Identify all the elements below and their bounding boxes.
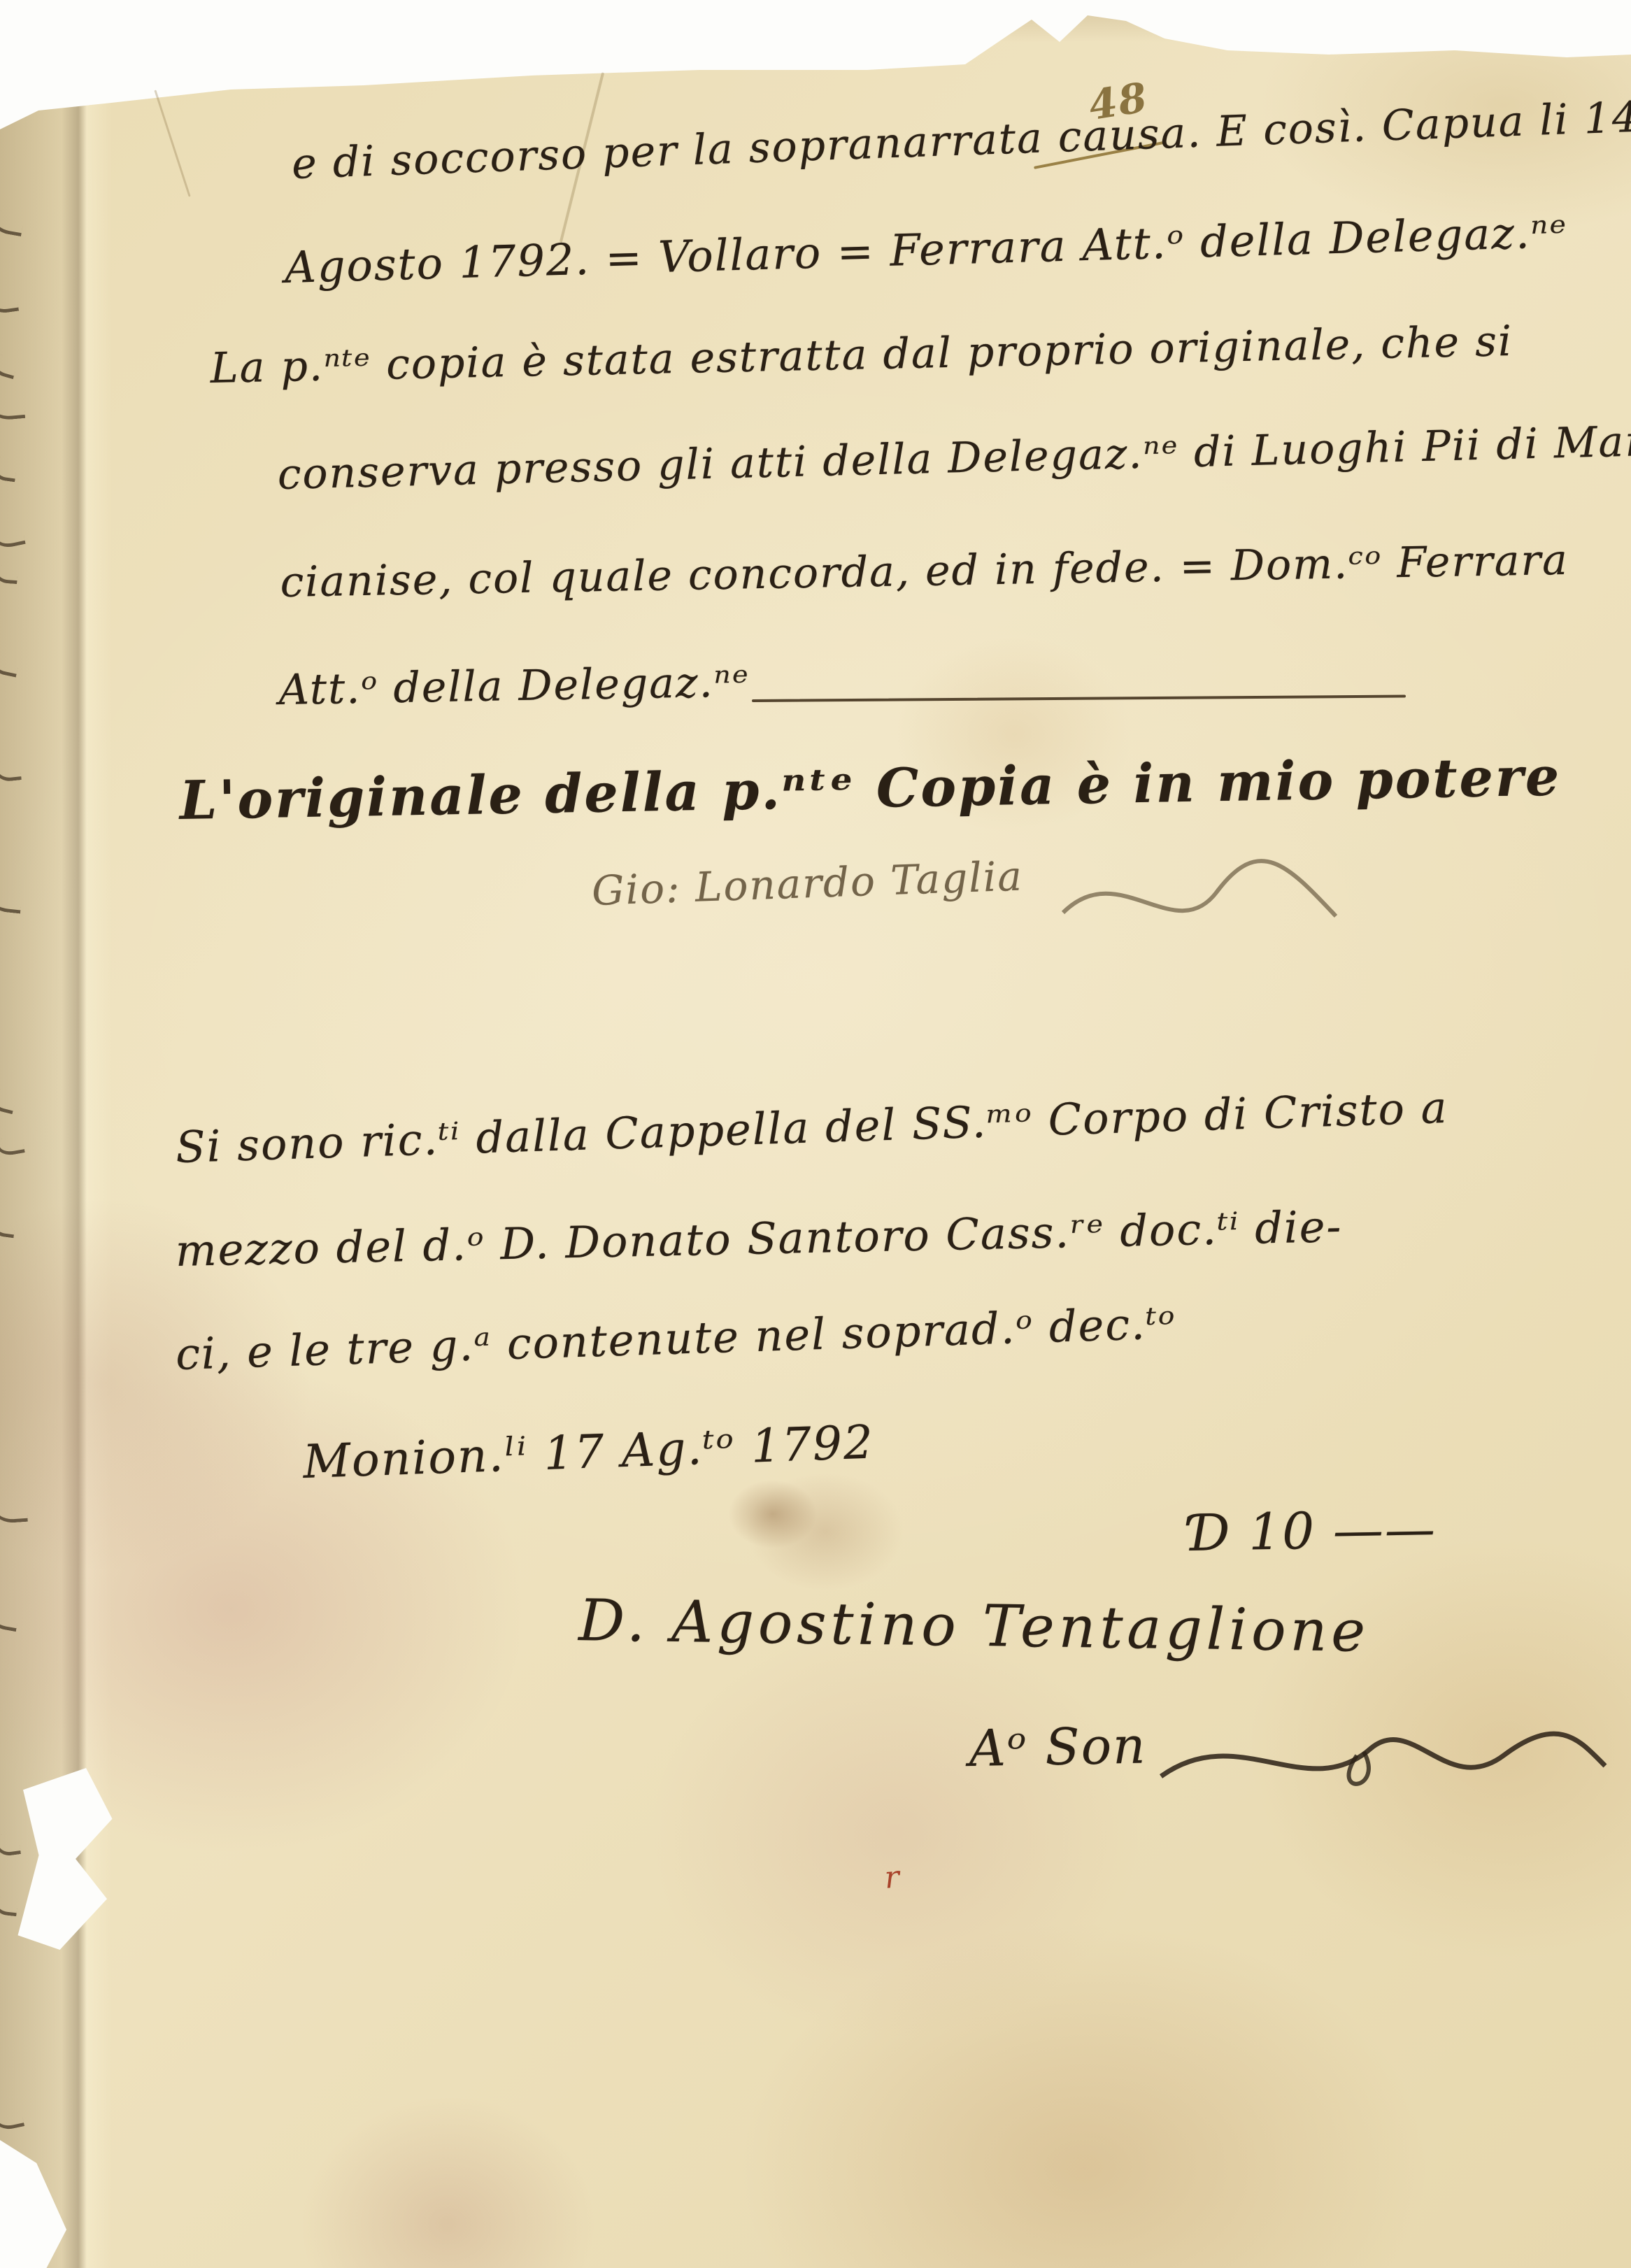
margin-ink-fragment: [0, 456, 18, 482]
scanned-manuscript-page: { "page": { "number": "48", "kind": "han…: [0, 0, 1631, 2268]
margin-ink-fragment: [0, 1832, 21, 1857]
margin-ink-fragment: [0, 210, 24, 236]
signature-agostino-tentaglione: D. Agostino Tentaglione: [578, 1588, 1370, 1665]
margin-ink-fragment: [0, 1502, 28, 1524]
margin-ink-fragment: [0, 565, 18, 584]
manuscript-line: Att.ᵒ della Delegaz.ⁿᵉ: [278, 657, 750, 715]
margin-ink-fragment: [0, 399, 25, 421]
amount-ducats: Ɗ 10 ——: [1189, 1499, 1437, 1562]
signature-notary: Aᵒ Son: [969, 1716, 1147, 1778]
signature-flourish: [1056, 850, 1350, 948]
margin-ink-fragment: [0, 1609, 19, 1632]
signature-flourish: [1154, 1699, 1616, 1818]
margin-ink-fragment: [0, 892, 22, 913]
margin-ink-fragment: [0, 759, 22, 783]
red-annotation-mark: r: [883, 1859, 902, 1895]
margin-ink-fragment: [0, 1897, 18, 1916]
